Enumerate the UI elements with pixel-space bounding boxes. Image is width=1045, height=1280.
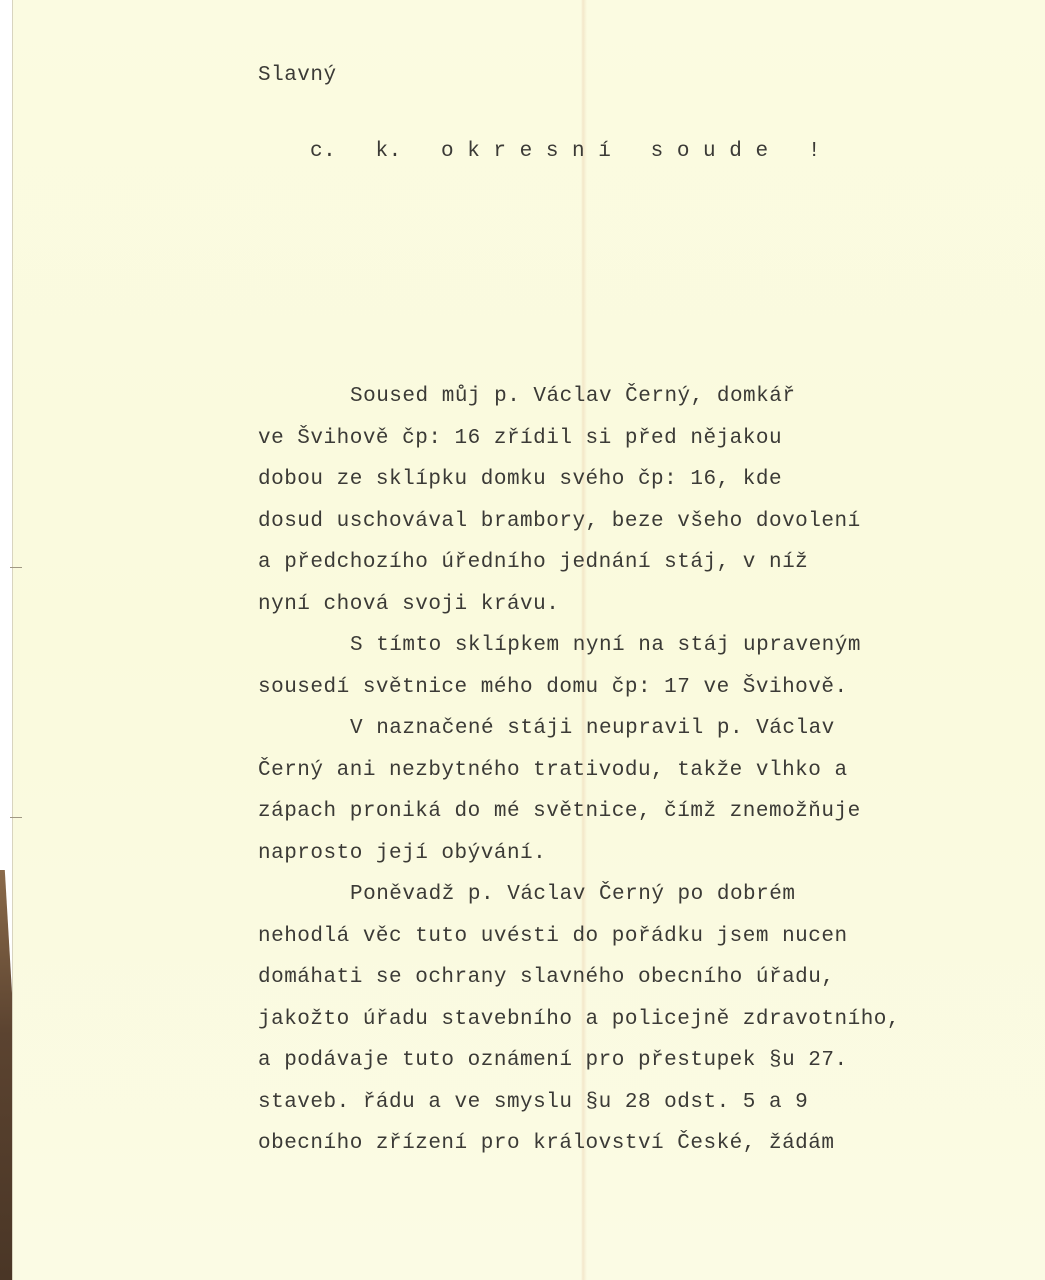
text-line: naprosto její obývání. — [258, 842, 546, 865]
text-line: dosud uschovával brambory, beze všeho do… — [258, 510, 861, 533]
page-shadow-edge — [0, 870, 12, 1280]
text-line: nyní chová svoji krávu. — [258, 593, 559, 616]
text-line: a předchozího úředního jednání stáj, v n… — [258, 551, 808, 574]
text-line: a podávaje tuto oznámení pro přestupek §… — [258, 1049, 848, 1072]
text-line: Poněvadž p. Václav Černý po dobrém — [258, 883, 795, 906]
text-line: obecního zřízení pro království České, ž… — [258, 1132, 835, 1155]
text-line: staveb. řádu a ve smyslu §u 28 odst. 5 a… — [258, 1091, 808, 1114]
margin-mark — [10, 567, 22, 568]
text-line: Soused můj p. Václav Černý, domkář — [258, 385, 795, 408]
text-line: zápach proniká do mé světnice, čímž znem… — [258, 800, 861, 823]
text-line: sousedí světnice mého domu čp: 17 ve Švi… — [258, 676, 848, 699]
text-line: jakožto úřadu stavebního a policejně zdr… — [258, 1008, 900, 1031]
text-line: S tímto sklípkem nyní na stáj upraveným — [258, 634, 861, 657]
text-line: domáhati se ochrany slavného obecního úř… — [258, 966, 835, 989]
salutation: Slavný — [258, 64, 337, 87]
margin-mark — [10, 817, 22, 818]
text-line: ve Švihově čp: 16 zřídil si před nějakou — [258, 427, 782, 450]
text-line: nehodlá věc tuto uvésti do pořádku jsem … — [258, 925, 848, 948]
text-line: dobou ze sklípku domku svého čp: 16, kde — [258, 468, 782, 491]
text-line: Černý ani nezbytného trativodu, takže vl… — [258, 759, 848, 782]
text-line: V naznačené stáji neupravil p. Václav — [258, 717, 835, 740]
addressee: c. k. o k r e s n í s o u d e ! — [310, 140, 821, 163]
